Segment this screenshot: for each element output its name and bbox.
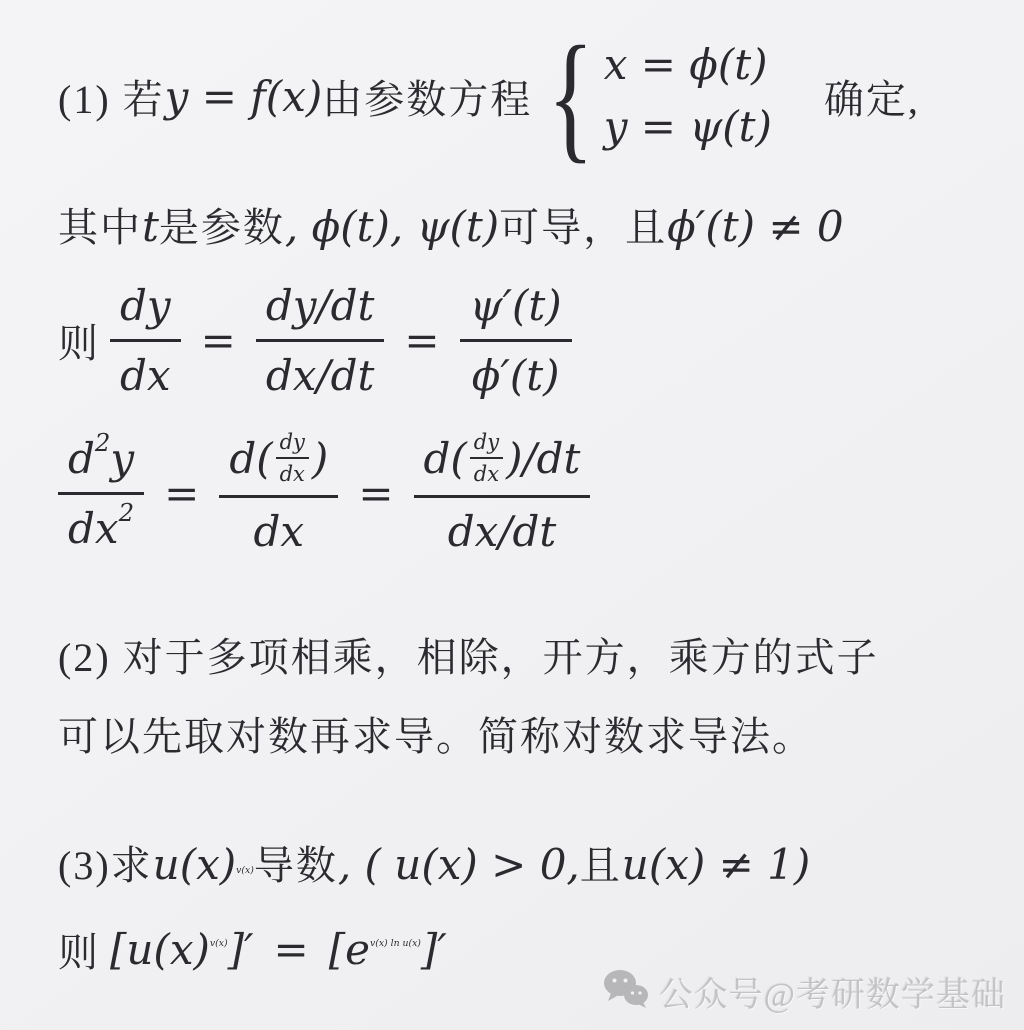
equation-system: x = ϕ(t) y = ψ(t) [604, 44, 772, 148]
nested-fraction-dy-dx: dy dx [470, 430, 503, 486]
superscript-v-ln-u: v(x) ln u(x) [370, 938, 421, 949]
fraction-psi-phi: ψ′(t) ϕ′(t) [460, 281, 572, 400]
fraction-dydt-dxdt: dy/dt dx/dt [256, 281, 385, 400]
equals-sign: = [274, 925, 309, 974]
text-by-parametric-equations: 由参数方程 [322, 68, 532, 125]
math-bracket-prime: ]′ [421, 925, 447, 974]
superscript-2: 2 [119, 498, 135, 527]
parametric-intro-line: (1) 若 y = f(x) 由参数方程 { x = ϕ(t) y = ψ(t)… [58, 22, 1004, 170]
math-u-positive: , ( u(x) > 0, [338, 840, 580, 889]
math-notes-page: (1) 若 y = f(x) 由参数方程 { x = ϕ(t) y = ψ(t)… [0, 0, 1024, 1030]
equals-sign: = [164, 469, 199, 518]
math-u-of-x: u(x) [153, 840, 237, 889]
system-brace: { [548, 24, 594, 167]
text-derivative: 导数 [254, 834, 338, 891]
math-phi-psi: , ϕ(t), ψ(t) [285, 202, 499, 251]
second-derivative-formula: d2y dx2 = d( dy dx ) dx = d( dy dx [58, 430, 1004, 556]
log-differentiation-section: (2) 对于多项相乘，相除，开方，乘方的式子 可以先取对数再求导。简称对数求导法… [58, 626, 1004, 762]
then-label-1: 则 [58, 312, 100, 369]
log-diff-line-1: (2) 对于多项相乘，相除，开方，乘方的式子 [58, 626, 1004, 683]
math-t: t [142, 202, 159, 251]
math-bracket-u-v: [u(x) [110, 925, 210, 974]
equals-sign: = [358, 469, 393, 518]
math-bracket-e: [e [329, 925, 370, 974]
math-u-not-one: u(x) ≠ 1) [622, 840, 811, 889]
fraction-d-dydx-dt-over-dxdt: d( dy dx )/dt dx/dt [414, 430, 591, 556]
watermark: 公众号@考研数学基础 [603, 967, 1006, 1016]
text-find: 求 [111, 834, 153, 891]
fraction-dy-dx: dy dx [110, 281, 181, 400]
then-label-2: 则 [58, 921, 100, 978]
text-is-parameter: 是参数 [159, 196, 285, 253]
fraction-d2y-dx2: d2y dx2 [58, 434, 144, 553]
equals-sign: = [201, 316, 236, 365]
superscript-v-of-x: v(x) [236, 865, 254, 876]
wechat-icon [603, 969, 649, 1014]
log-diff-line-2: 可以先取对数再求导。简称对数求导法。 [58, 705, 1004, 762]
item-1-label: (1) 若 [58, 68, 165, 125]
superscript-v-of-x: v(x) [210, 938, 228, 949]
text-and: 且 [580, 834, 622, 891]
item-3-label: (3) [58, 842, 111, 889]
math-phi-prime-nonzero: ϕ′(t) ≠ 0 [667, 202, 843, 251]
power-exponential-intro: (3) 求 u(x) v(x) 导数 , ( u(x) > 0, 且 u(x) … [58, 834, 1004, 891]
text-where: 其中 [58, 196, 142, 253]
text-differentiable-and: 可导，且 [499, 196, 667, 253]
system-eq-y: y = ψ(t) [604, 106, 772, 148]
text-determined: 确定, [824, 68, 920, 125]
math-bracket-prime: ]′ [228, 925, 254, 974]
fraction-d-dydx-dx: d( dy dx ) dx [219, 430, 338, 556]
system-eq-x: x = ϕ(t) [604, 44, 772, 86]
first-derivative-formula: 则 dy dx = dy/dt dx/dt = ψ′(t) ϕ′(t) [58, 281, 1004, 400]
math-y-equals-fx: y = f(x) [165, 72, 323, 121]
superscript-2: 2 [95, 428, 111, 457]
conditions-line: 其中 t 是参数 , ϕ(t), ψ(t) 可导，且 ϕ′(t) ≠ 0 [58, 196, 1004, 253]
equals-sign: = [404, 316, 439, 365]
nested-fraction-dy-dx: dy dx [276, 430, 309, 486]
watermark-text: 公众号@考研数学基础 [659, 967, 1006, 1016]
